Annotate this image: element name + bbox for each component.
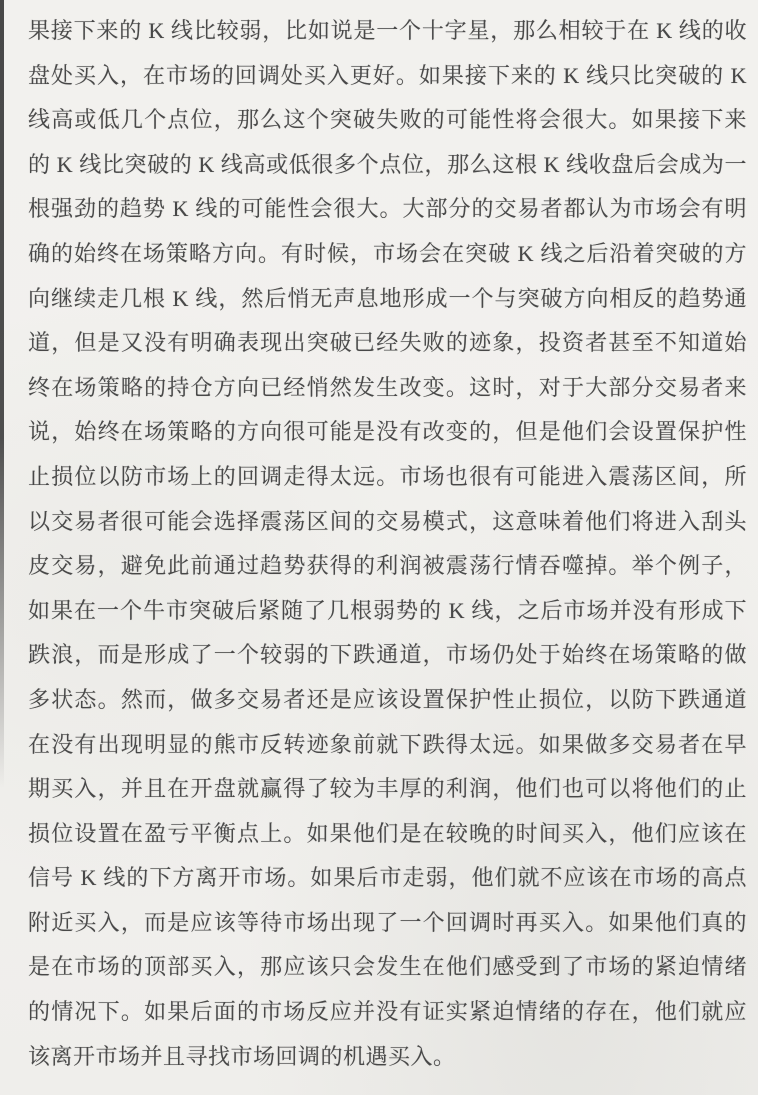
text-line: 终在场策略的持仓方向已经悄然发生改变。这时，对于大部分交易者来 — [28, 366, 747, 411]
text-line: 期买入，并且在开盘就赢得了较为丰厚的利润，他们也可以将他们的止 — [28, 767, 747, 812]
text-line: 是在市场的顶部买入，那应该只会发生在他们感受到了市场的紧迫情绪 — [28, 945, 747, 990]
text-line: 盘处买入，在市场的回调处买入更好。如果接下来的 K 线只比突破的 K — [28, 54, 747, 99]
text-line: 该离开市场并且寻找市场回调的机遇买入。 — [28, 1035, 747, 1080]
text-line: 说，始终在场策略的方向很可能是没有改变的，但是他们会设置保护性 — [28, 410, 747, 455]
text-line: 线高或低几个点位，那么这个突破失败的可能性将会很大。如果接下来 — [28, 98, 747, 143]
text-line: 的 K 线比突破的 K 线高或低很多个点位，那么这根 K 线收盘后会成为一 — [28, 143, 747, 188]
scan-edge-shadow — [0, 0, 4, 1095]
text-line: 多状态。然而，做多交易者还是应该设置保护性止损位，以防下跌通道 — [28, 678, 747, 723]
book-page: 果接下来的 K 线比较弱，比如说是一个十字星，那么相较于在 K 线的收盘处买入，… — [0, 0, 758, 1095]
text-line: 根强劲的趋势 K 线的可能性会很大。大部分的交易者都认为市场会有明 — [28, 187, 747, 232]
text-block: 果接下来的 K 线比较弱，比如说是一个十字星，那么相较于在 K 线的收盘处买入，… — [28, 9, 747, 1079]
text-line: 跌浪，而是形成了一个较弱的下跌通道，市场仍处于始终在场策略的做 — [28, 633, 747, 678]
text-line: 向继续走几根 K 线，然后悄无声息地形成一个与突破方向相反的趋势通 — [28, 277, 747, 322]
text-line: 如果在一个牛市突破后紧随了几根弱势的 K 线，之后市场并没有形成下 — [28, 589, 747, 634]
text-line: 的情况下。如果后面的市场反应并没有证实紧迫情绪的存在，他们就应 — [28, 990, 747, 1035]
text-line: 在没有出现明显的熊市反转迹象前就下跌得太远。如果做多交易者在早 — [28, 723, 747, 768]
text-line: 附近买入，而是应该等待市场出现了一个回调时再买入。如果他们真的 — [28, 901, 747, 946]
text-line: 损位设置在盈亏平衡点上。如果他们是在较晚的时间买入，他们应该在 — [28, 812, 747, 857]
text-line: 信号 K 线的下方离开市场。如果后市走弱，他们就不应该在市场的高点 — [28, 856, 747, 901]
text-line: 确的始终在场策略方向。有时候，市场会在突破 K 线之后沿着突破的方 — [28, 232, 747, 277]
text-line: 皮交易，避免此前通过趋势获得的利润被震荡行情吞噬掉。举个例子， — [28, 544, 747, 589]
text-line: 止损位以防市场上的回调走得太远。市场也很有可能进入震荡区间，所 — [28, 455, 747, 500]
text-line: 果接下来的 K 线比较弱，比如说是一个十字星，那么相较于在 K 线的收 — [28, 9, 747, 54]
text-line: 道，但是又没有明确表现出突破已经失败的迹象，投资者甚至不知道始 — [28, 321, 747, 366]
text-line: 以交易者很可能会选择震荡区间的交易模式，这意味着他们将进入刮头 — [28, 500, 747, 545]
